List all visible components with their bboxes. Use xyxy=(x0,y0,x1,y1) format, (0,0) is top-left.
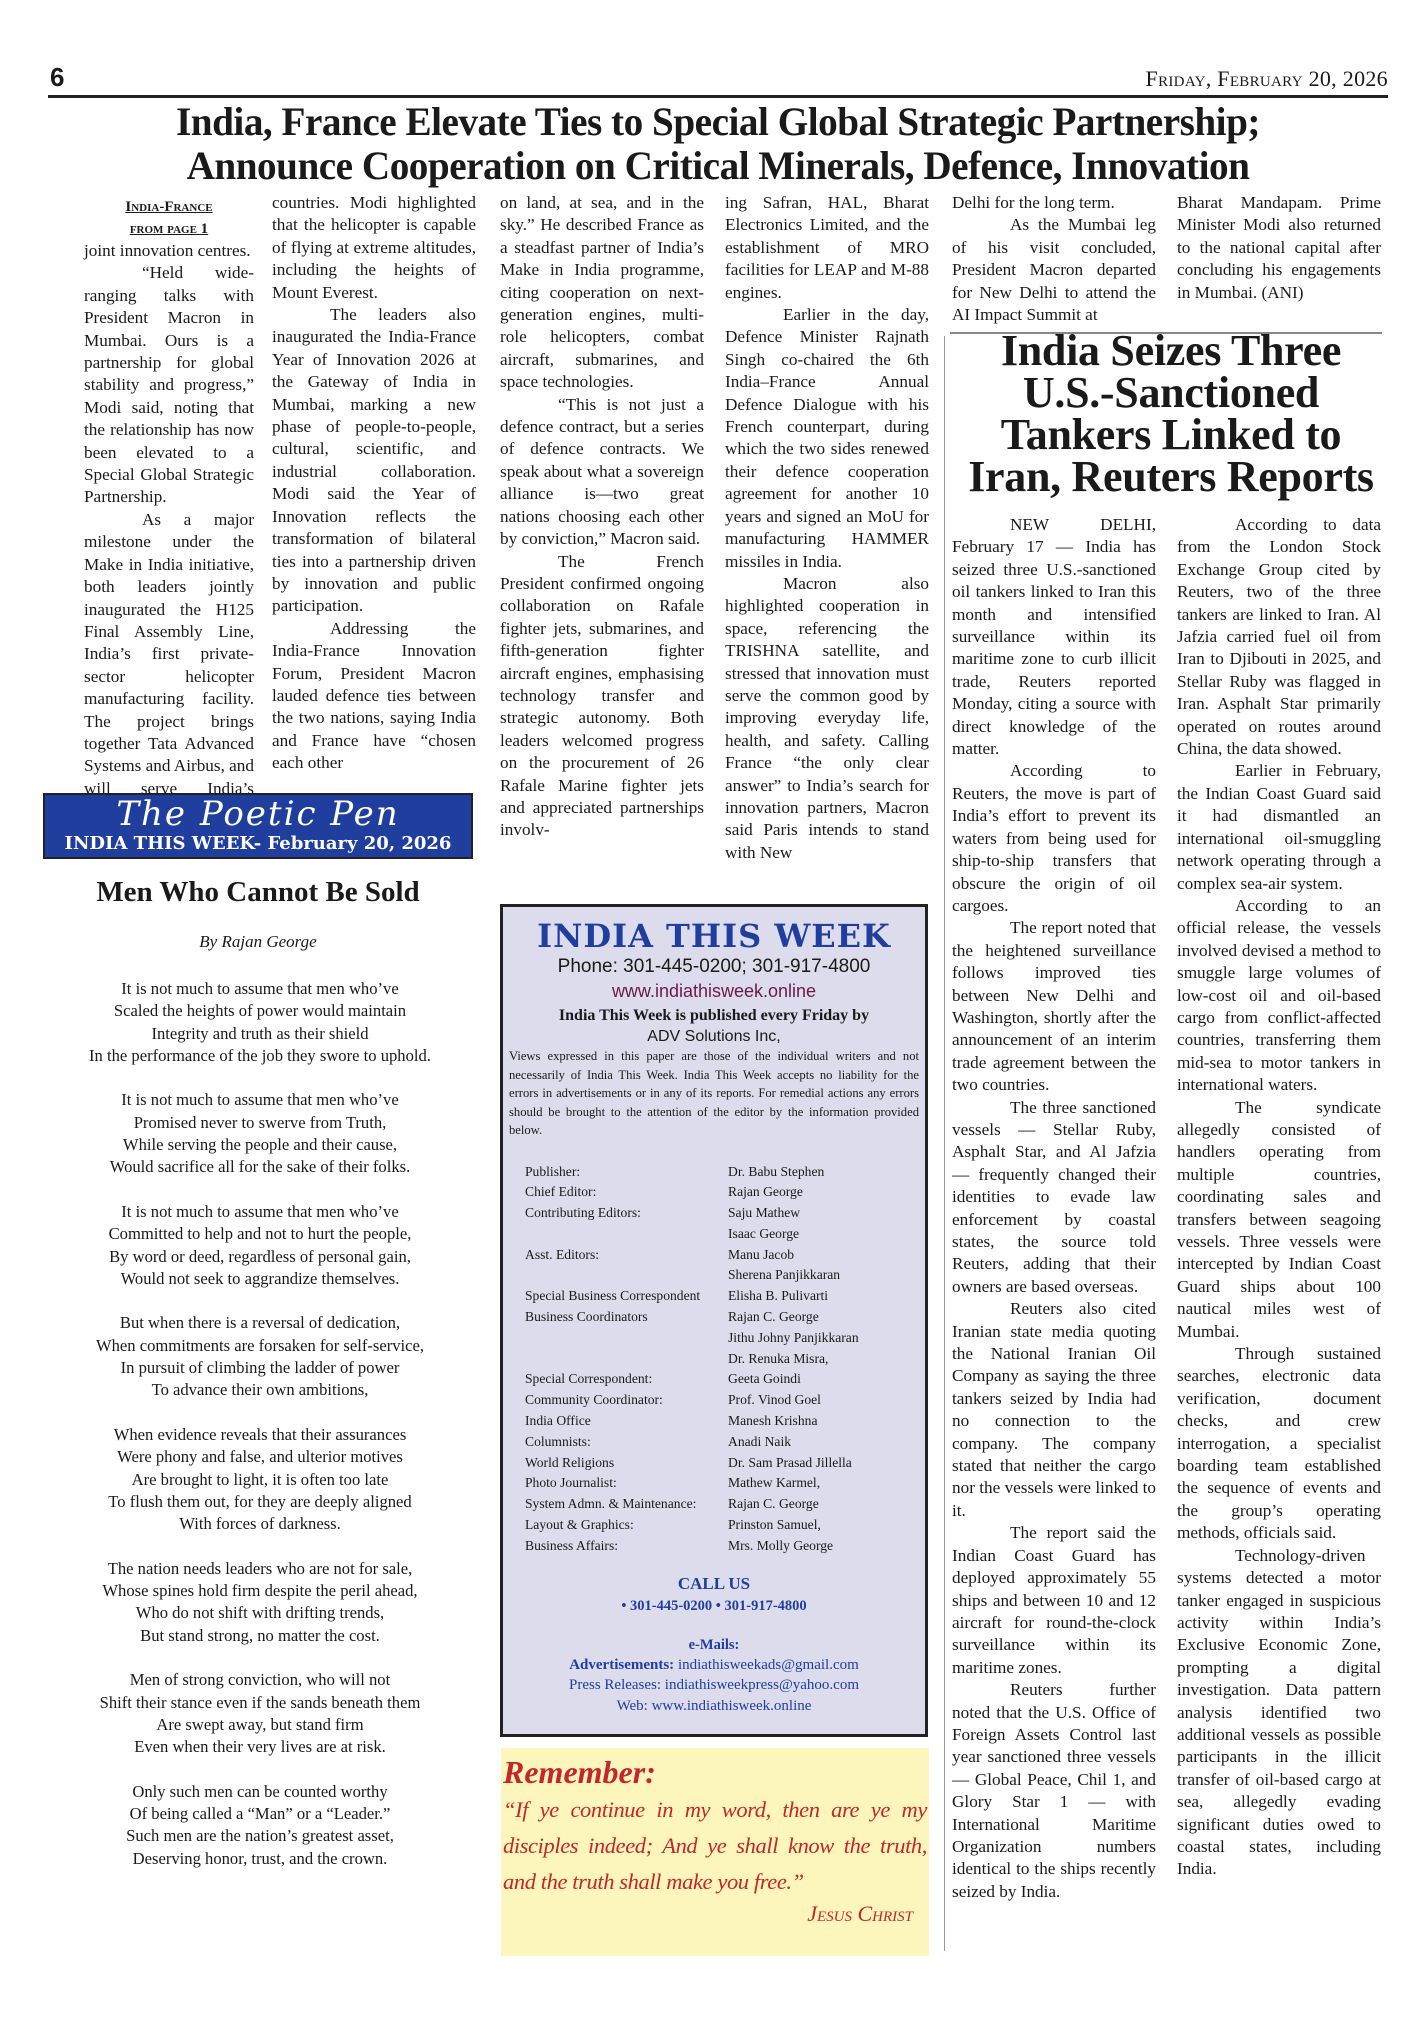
issue-date: Friday, February 20, 2026 xyxy=(1146,66,1388,92)
remember-quote: “If ye continue in my word, then are ye … xyxy=(503,1792,927,1900)
masthead-phone: Phone: 301-445-0200; 301-917-4800 xyxy=(503,955,925,979)
staff-row: Business CoordinatorsRajan C. George xyxy=(525,1307,925,1328)
poem-line: It is not much to assume that men who’ve xyxy=(55,1089,465,1111)
main-story-col6: Bharat Mandapam. Prime Minister Modi als… xyxy=(1177,192,1381,304)
poem-line: To advance their own ambitions, xyxy=(55,1379,465,1401)
poem-byline: By Rajan George xyxy=(43,932,473,952)
poem-line: Only such men can be counted worthy xyxy=(55,1781,465,1803)
staff-row: Chief Editor:Rajan George xyxy=(525,1182,925,1203)
staff-role: Special Correspondent: xyxy=(525,1369,728,1390)
staff-role: Photo Journalist: xyxy=(525,1473,728,1494)
poem-line: But stand strong, no matter the cost. xyxy=(55,1625,465,1647)
staff-name: Anadi Naik xyxy=(728,1432,791,1453)
poem-line: In pursuit of climbing the ladder of pow… xyxy=(55,1357,465,1379)
paragraph: The leaders also inaugurated the India-F… xyxy=(272,304,476,618)
staff-name: Saju Mathew xyxy=(728,1203,800,1224)
call-us-numbers: • 301-445-0200 • 301-917-4800 xyxy=(503,1595,925,1617)
staff-name: Mrs. Molly George xyxy=(728,1536,833,1557)
staff-role: Business Affairs: xyxy=(525,1536,728,1557)
staff-role: Chief Editor: xyxy=(525,1182,728,1203)
paragraph: According to Reuters, the move is part o… xyxy=(952,760,1156,917)
poetic-pen-subtitle: INDIA THIS WEEK- February 20, 2026 xyxy=(45,833,471,855)
staff-name: Manesh Krishna xyxy=(728,1411,817,1432)
staff-name: Mathew Karmel, xyxy=(728,1473,820,1494)
paragraph: Technology-driven systems detected a mot… xyxy=(1177,1545,1381,1881)
paragraph: Macron also highlighted cooperation in s… xyxy=(725,573,929,864)
staff-row: Sherena Panjikkaran xyxy=(525,1265,925,1286)
masthead-title: INDIA THIS WEEK xyxy=(503,917,925,955)
poem-line: Are swept away, but stand firm xyxy=(55,1714,465,1736)
poem-line: The nation needs leaders who are not for… xyxy=(55,1558,465,1580)
staff-row: Publisher:Dr. Babu Stephen xyxy=(525,1162,925,1183)
staff-role: Layout & Graphics: xyxy=(525,1515,728,1536)
tanker-headline: India Seizes Three U.S.-Sanctioned Tanke… xyxy=(950,330,1392,498)
staff-name: Elisha B. Pulivarti xyxy=(728,1286,828,1307)
main-story-col2: countries. Modi highlighted that the hel… xyxy=(272,192,476,775)
main-headline-line1: India, France Elevate Ties to Special Gl… xyxy=(61,100,1374,144)
staff-row: Contributing Editors:Saju Mathew xyxy=(525,1203,925,1224)
staff-role: Publisher: xyxy=(525,1162,728,1183)
staff-role: Special Business Correspondent xyxy=(525,1286,728,1307)
staff-list: Publisher:Dr. Babu Stephen Chief Editor:… xyxy=(525,1162,925,1557)
staff-row: Special Business Correspondent Elisha B.… xyxy=(525,1286,925,1307)
main-story-col4: ing Safran, HAL, Bharat Electronics Limi… xyxy=(725,192,929,864)
paragraph: As the Mumbai leg of his visit concluded… xyxy=(952,214,1156,326)
staff-row: Business Affairs:Mrs. Molly George xyxy=(525,1536,925,1557)
paragraph: The report said the Indian Coast Guard h… xyxy=(952,1522,1156,1679)
poem-body: It is not much to assume that men who’ve… xyxy=(55,978,465,1892)
main-headline-line2: Announce Cooperation on Critical Mineral… xyxy=(61,144,1374,188)
poem-line: Such men are the nation’s greatest asset… xyxy=(55,1825,465,1847)
main-story-col1: India-France from page 1 joint innovatio… xyxy=(84,196,254,845)
poem-line: Would sacrifice all for the sake of thei… xyxy=(55,1156,465,1178)
staff-name: Prof. Vinod Goel xyxy=(728,1390,821,1411)
staff-row: Dr. Renuka Misra, xyxy=(525,1349,925,1370)
poem-line: In the performance of the job they swore… xyxy=(55,1045,465,1067)
main-headline: India, France Elevate Ties to Special Gl… xyxy=(61,100,1374,188)
poem-stanza: The nation needs leaders who are not for… xyxy=(55,1558,465,1647)
staff-role: System Admn. & Maintenance: xyxy=(525,1494,728,1515)
poem-line: Are brought to light, it is often too la… xyxy=(55,1469,465,1491)
staff-role xyxy=(525,1224,728,1245)
tanker-story-col1: NEW DELHI, February 17 — India has seize… xyxy=(952,514,1156,1903)
staff-row: India OfficeManesh Krishna xyxy=(525,1411,925,1432)
staff-role: Business Coordinators xyxy=(525,1307,728,1328)
staff-role: Columnists: xyxy=(525,1432,728,1453)
staff-name: Prinston Samuel, xyxy=(728,1515,821,1536)
staff-row: World ReligionsDr. Sam Prasad Jillella xyxy=(525,1453,925,1474)
poem-line: Shift their stance even if the sands ben… xyxy=(55,1692,465,1714)
paragraph: “This is not just a defence contract, bu… xyxy=(500,394,704,551)
main-story-col5: Delhi for the long term. As the Mumbai l… xyxy=(952,192,1156,326)
staff-row: Columnists:Anadi Naik xyxy=(525,1432,925,1453)
paragraph: According to an official release, the ve… xyxy=(1177,895,1381,1097)
ads-email-line: Advertisements: indiathisweekads@gmail.c… xyxy=(503,1655,925,1676)
tanker-story-col2: According to data from the London Stock … xyxy=(1177,514,1381,1881)
poetic-pen-title: The Poetic Pen xyxy=(45,795,471,833)
staff-role xyxy=(525,1349,728,1370)
paragraph: joint innovation centres. xyxy=(84,240,254,262)
poem-line: While serving the people and their cause… xyxy=(55,1134,465,1156)
staff-name: Rajan George xyxy=(728,1182,803,1203)
poem-line: It is not much to assume that men who’ve xyxy=(55,1201,465,1223)
poem-stanza: It is not much to assume that men who’ve… xyxy=(55,1089,465,1178)
emails-heading: e-Mails: xyxy=(503,1635,925,1655)
staff-name: Sherena Panjikkaran xyxy=(728,1265,840,1286)
staff-name: Jithu Johny Panjikkaran xyxy=(728,1328,859,1349)
paragraph: “Held wide-ranging talks with President … xyxy=(84,262,254,508)
paragraph: Earlier in February, the Indian Coast Gu… xyxy=(1177,760,1381,894)
staff-role xyxy=(525,1328,728,1349)
press-email-link[interactable]: Press Releases: indiathisweekpress@yahoo… xyxy=(503,1675,925,1696)
main-story-col3: on land, at sea, and in the sky.” He des… xyxy=(500,192,704,842)
staff-name: Dr. Sam Prasad Jillella xyxy=(728,1453,852,1474)
paragraph: Reuters further noted that the U.S. Offi… xyxy=(952,1679,1156,1903)
paragraph: Bharat Mandapam. Prime Minister Modi als… xyxy=(1177,192,1381,304)
poem-line: But when there is a reversal of dedicati… xyxy=(55,1312,465,1334)
poem-stanza: When evidence reveals that their assuran… xyxy=(55,1424,465,1535)
header-rule xyxy=(48,95,1388,98)
staff-role xyxy=(525,1265,728,1286)
staff-row: Layout & Graphics:Prinston Samuel, xyxy=(525,1515,925,1536)
staff-role: Asst. Editors: xyxy=(525,1245,728,1266)
staff-row: Asst. Editors:Manu Jacob xyxy=(525,1245,925,1266)
poem-line: Deserving honor, trust, and the crown. xyxy=(55,1848,465,1870)
staff-name: Dr. Renuka Misra, xyxy=(728,1349,828,1370)
paragraph: NEW DELHI, February 17 — India has seize… xyxy=(952,514,1156,760)
paragraph: The syndicate allegedly consisted of han… xyxy=(1177,1097,1381,1343)
staff-name: Dr. Babu Stephen xyxy=(728,1162,824,1183)
poem-line: Scaled the heights of power would mainta… xyxy=(55,1000,465,1022)
poem-line: Men of strong conviction, who will not xyxy=(55,1669,465,1691)
poem-stanza: It is not much to assume that men who’ve… xyxy=(55,1201,465,1290)
poem-line: Who do not shift with drifting trends, xyxy=(55,1602,465,1624)
remember-quote-box: Remember: “If ye continue in my word, th… xyxy=(501,1748,929,1956)
web-link[interactable]: Web: www.indiathisweek.online xyxy=(503,1696,925,1717)
remember-heading: Remember: xyxy=(503,1752,927,1792)
poem-line: When evidence reveals that their assuran… xyxy=(55,1424,465,1446)
column-divider xyxy=(944,336,945,1951)
poem-line: It is not much to assume that men who’ve xyxy=(55,978,465,1000)
poem-title: Men Who Cannot Be Sold xyxy=(43,876,473,909)
staff-role: Community Coordinator: xyxy=(525,1390,728,1411)
staff-row: System Admn. & Maintenance:Rajan C. Geor… xyxy=(525,1494,925,1515)
publisher-company: ADV Solutions Inc, xyxy=(503,1027,925,1047)
jump-label: India-France xyxy=(84,196,254,218)
paragraph: The three sanctioned vessels — Stellar R… xyxy=(952,1097,1156,1299)
poem-line: Even when their very lives are at risk. xyxy=(55,1736,465,1758)
staff-row: Jithu Johny Panjikkaran xyxy=(525,1328,925,1349)
paragraph: Reuters also cited Iranian state media q… xyxy=(952,1298,1156,1522)
ads-email-link[interactable]: indiathisweekads@gmail.com xyxy=(678,1657,859,1673)
published-line: India This Week is published every Frida… xyxy=(503,1005,925,1027)
poem-line: Would not seek to aggrandize themselves. xyxy=(55,1268,465,1290)
staff-role: Contributing Editors: xyxy=(525,1203,728,1224)
staff-row: Special Correspondent:Geeta Goindi xyxy=(525,1369,925,1390)
paragraph: Earlier in the day, Defence Minister Raj… xyxy=(725,304,929,573)
poem-line: Of being called a “Man” or a “Leader.” xyxy=(55,1803,465,1825)
jump-from: from page 1 xyxy=(84,218,254,240)
poem-stanza: Only such men can be counted worthy Of b… xyxy=(55,1781,465,1870)
paragraph: The report noted that the heightened sur… xyxy=(952,917,1156,1096)
poem-stanza: But when there is a reversal of dedicati… xyxy=(55,1312,465,1401)
poem-line: Integrity and truth as their shield xyxy=(55,1023,465,1045)
staff-role: India Office xyxy=(525,1411,728,1432)
paragraph: on land, at sea, and in the sky.” He des… xyxy=(500,192,704,394)
call-us-heading: CALL US xyxy=(503,1573,925,1595)
poem-line: By word or deed, regardless of personal … xyxy=(55,1246,465,1268)
paragraph: The French President confirmed ongoing c… xyxy=(500,551,704,842)
disclaimer: Views expressed in this paper are those … xyxy=(503,1047,925,1140)
staff-name: Rajan C. George xyxy=(728,1307,819,1328)
poem-stanza: Men of strong conviction, who will not S… xyxy=(55,1669,465,1758)
poetic-pen-banner: The Poetic Pen INDIA THIS WEEK- February… xyxy=(43,793,473,859)
staff-row: Isaac George xyxy=(525,1224,925,1245)
poem-line: With forces of darkness. xyxy=(55,1513,465,1535)
poem-line: To flush them out, for they are deeply a… xyxy=(55,1491,465,1513)
poem-line: Promised never to swerve from Truth, xyxy=(55,1112,465,1134)
staff-row: Photo Journalist:Mathew Karmel, xyxy=(525,1473,925,1494)
poem-line: Whose spines hold firm despite the peril… xyxy=(55,1580,465,1602)
paragraph: Addressing the India-France Innovation F… xyxy=(272,618,476,775)
ads-email-label: Advertisements: xyxy=(569,1657,674,1673)
remember-attribution: Jesus Christ xyxy=(503,1900,913,1928)
paragraph: countries. Modi highlighted that the hel… xyxy=(272,192,476,304)
poem-line: Committed to help and not to hurt the pe… xyxy=(55,1223,465,1245)
staff-row: Community Coordinator:Prof. Vinod Goel xyxy=(525,1390,925,1411)
staff-name: Isaac George xyxy=(728,1224,799,1245)
staff-name: Geeta Goindi xyxy=(728,1369,801,1390)
staff-name: Rajan C. George xyxy=(728,1494,819,1515)
poem-line: When commitments are forsaken for self-s… xyxy=(55,1335,465,1357)
staff-name: Manu Jacob xyxy=(728,1245,794,1266)
poem-stanza: It is not much to assume that men who’ve… xyxy=(55,978,465,1067)
paragraph: ing Safran, HAL, Bharat Electronics Limi… xyxy=(725,192,929,304)
paragraph: Delhi for the long term. xyxy=(952,192,1156,214)
masthead-info-box: INDIA THIS WEEK Phone: 301-445-0200; 301… xyxy=(500,904,928,1737)
poem-line: Were phony and false, and ulterior motiv… xyxy=(55,1446,465,1468)
staff-role: World Religions xyxy=(525,1453,728,1474)
masthead-website-link[interactable]: www.indiathisweek.online xyxy=(503,979,925,1003)
paragraph: Through sustained searches, electronic d… xyxy=(1177,1343,1381,1545)
paragraph: According to data from the London Stock … xyxy=(1177,514,1381,760)
page-number: 6 xyxy=(50,62,64,93)
